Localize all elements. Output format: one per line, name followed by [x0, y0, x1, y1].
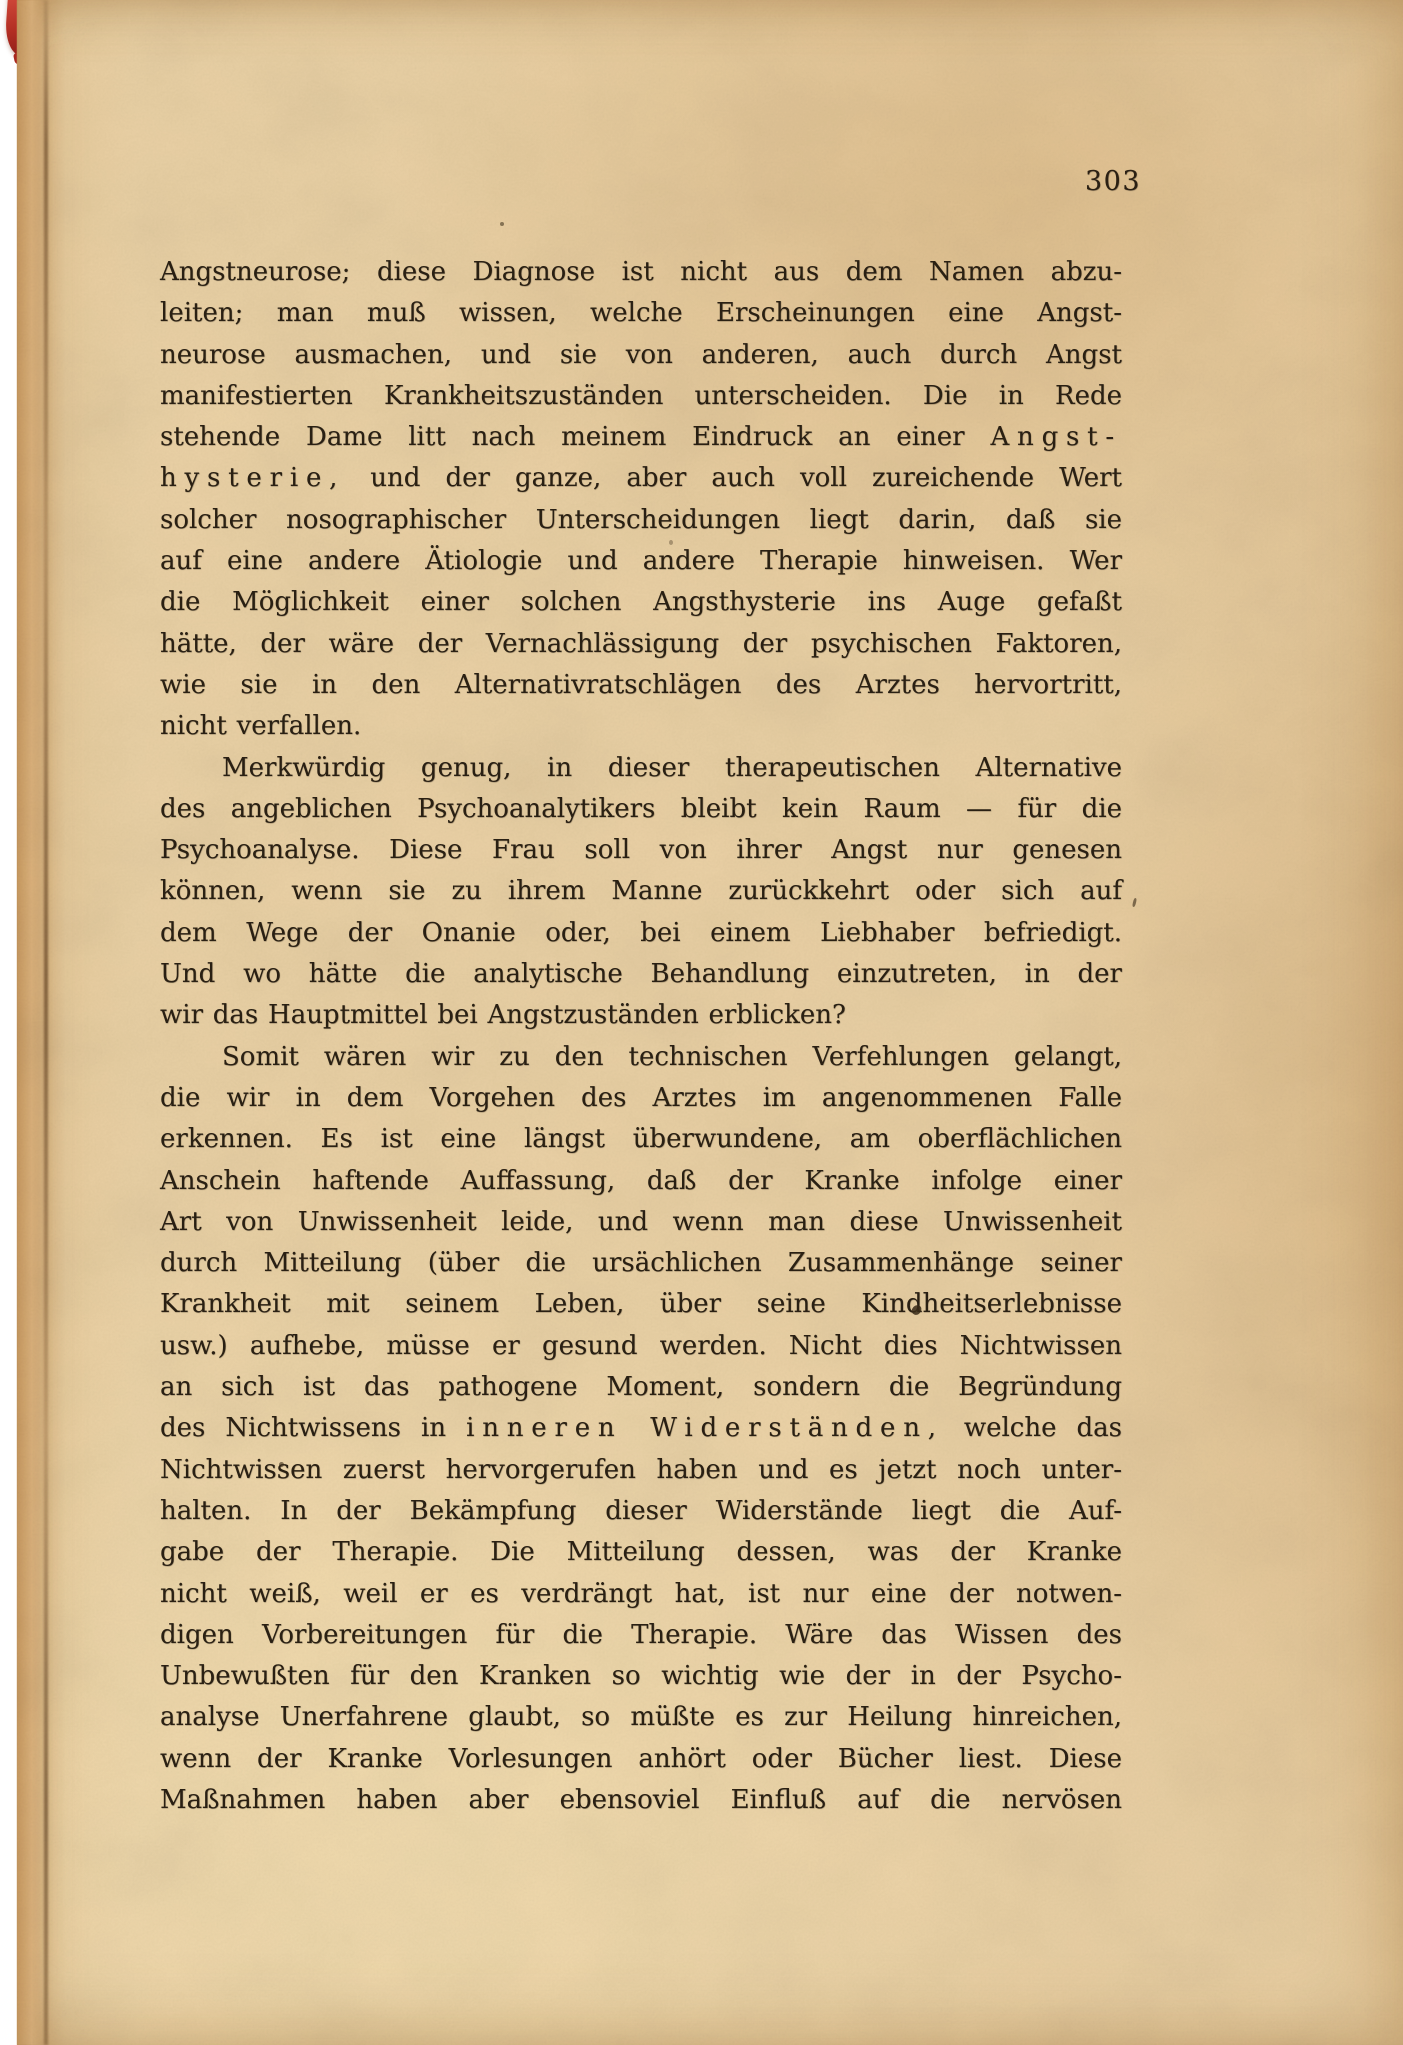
text-line: digen Vorbereitungen für die Therapie. W…: [160, 1615, 1122, 1656]
text-line: hysterie, und der ganze, aber auch voll …: [160, 458, 1122, 499]
emphasized-text: hysterie,: [160, 463, 345, 493]
text-line: durch Mitteilung (über die ursächlichen …: [160, 1243, 1122, 1284]
emphasized-text: Angst-: [990, 422, 1122, 452]
text-segment: stehende Dame litt nach meinem Eindruck …: [160, 422, 990, 452]
text-line: dem Wege der Onanie oder, bei einem Lieb…: [160, 913, 1122, 954]
text-line: usw.) aufhebe, müsse er gesund werden. N…: [160, 1326, 1122, 1367]
text-segment: digen Vorbereitungen für die Therapie. W…: [160, 1620, 1122, 1650]
text-segment: analyse Unerfahrene glaubt, so müßte es …: [160, 1702, 1122, 1732]
text-segment: usw.) aufhebe, müsse er gesund werden. N…: [160, 1331, 1122, 1361]
text-line: Art von Unwissenheit leide, und wenn man…: [160, 1202, 1122, 1243]
text-segment: manifestierten Krankheitszuständen unter…: [160, 381, 1122, 411]
text-segment: durch Mitteilung (über die ursächlichen …: [160, 1248, 1122, 1278]
text-segment: dem Wege der Onanie oder, bei einem Lieb…: [160, 918, 1122, 948]
text-segment: Maßnahmen haben aber ebensoviel Einfluß …: [160, 1785, 1122, 1815]
book-page: 303 Angstneurose; diese Diagnose ist nic…: [17, 0, 1403, 2045]
text-segment: erkennen. Es ist eine längst überwundene…: [160, 1124, 1122, 1154]
text-line: manifestierten Krankheitszuständen unter…: [160, 376, 1122, 417]
text-line: analyse Unerfahrene glaubt, so müßte es …: [160, 1697, 1122, 1738]
text-segment: Nichtwissen zuerst hervorgerufen haben u…: [160, 1455, 1122, 1485]
text-segment: nicht weiß, weil er es verdrängt hat, is…: [160, 1579, 1122, 1609]
text-segment: neurose ausmachen, und sie von anderen, …: [160, 340, 1122, 370]
text-line: leiten; man muß wissen, welche Erscheinu…: [160, 293, 1122, 334]
text-line: Unbewußten für den Kranken so wichtig wi…: [160, 1656, 1122, 1697]
text-line: gabe der Therapie. Die Mitteilung dessen…: [160, 1532, 1122, 1573]
text-segment: wie sie in den Alternativratschlägen des…: [160, 670, 1122, 700]
text-line: neurose ausmachen, und sie von anderen, …: [160, 335, 1122, 376]
text-segment: gabe der Therapie. Die Mitteilung dessen…: [160, 1537, 1122, 1567]
ink-speck: [669, 540, 673, 545]
text-segment: Unbewußten für den Kranken so wichtig wi…: [160, 1661, 1122, 1691]
text-line: die wir in dem Vorgehen des Arztes im an…: [160, 1078, 1122, 1119]
text-segment: und der ganze, aber auch voll zureichend…: [345, 463, 1122, 493]
text-segment: können, wenn sie zu ihrem Manne zurückke…: [160, 876, 1122, 906]
text-line: Merkwürdig genug, in dieser therapeutisc…: [160, 748, 1122, 789]
text-line: können, wenn sie zu ihrem Manne zurückke…: [160, 871, 1122, 912]
text-segment: Und wo hätte die analytische Behandlung …: [160, 959, 1122, 989]
text-segment: nicht verfallen.: [160, 711, 361, 741]
text-segment: solcher nosographischer Unterscheidungen…: [160, 505, 1122, 535]
text-segment: welche das: [944, 1413, 1122, 1443]
ink-speck: [500, 222, 504, 226]
text-segment: des Nichtwissens in: [160, 1413, 466, 1443]
text-line: Maßnahmen haben aber ebensoviel Einfluß …: [160, 1780, 1122, 1821]
text-line: auf eine andere Ätiologie und andere The…: [160, 541, 1122, 582]
text-line: Anschein haftende Auffassung, daß der Kr…: [160, 1161, 1122, 1202]
page-text: Angstneurose; diese Diagnose ist nicht a…: [160, 252, 1122, 1821]
text-line: an sich ist das pathogene Moment, sonder…: [160, 1367, 1122, 1408]
ink-speck: [279, 1462, 284, 1467]
text-line: wie sie in den Alternativratschlägen des…: [160, 665, 1122, 706]
text-line: des angeblichen Psychoanalytikers bleibt…: [160, 789, 1122, 830]
page-edge: [17, 0, 44, 2045]
text-line: des Nichtwissens in inneren Widerständen…: [160, 1408, 1122, 1449]
gutter-crease: [44, 0, 48, 2045]
text-segment: an sich ist das pathogene Moment, sonder…: [160, 1372, 1122, 1402]
text-line: nicht verfallen.: [160, 706, 1122, 747]
text-line: Und wo hätte die analytische Behandlung …: [160, 954, 1122, 995]
text-segment: Merkwürdig genug, in dieser therapeutisc…: [222, 753, 1122, 783]
text-segment: Krankheit mit seinem Leben, über seine K…: [160, 1289, 1122, 1319]
ink-speck: [1132, 898, 1137, 907]
text-segment: des angeblichen Psychoanalytikers bleibt…: [160, 794, 1122, 824]
text-line: hätte, der wäre der Vernachlässigung der…: [160, 624, 1122, 665]
text-segment: wir das Hauptmittel bei Angstzuständen e…: [160, 1000, 846, 1030]
text-segment: Angstneurose; diese Diagnose ist nicht a…: [160, 257, 1122, 287]
text-segment: Somit wären wir zu den technischen Verfe…: [222, 1042, 1122, 1072]
text-segment: Art von Unwissenheit leide, und wenn man…: [160, 1207, 1122, 1237]
text-line: halten. In der Bekämpfung dieser Widerst…: [160, 1491, 1122, 1532]
text-line: solcher nosographischer Unterscheidungen…: [160, 500, 1122, 541]
text-line: stehende Dame litt nach meinem Eindruck …: [160, 417, 1122, 458]
text-segment: hätte, der wäre der Vernachlässigung der…: [160, 629, 1122, 659]
text-line: nicht weiß, weil er es verdrängt hat, is…: [160, 1574, 1122, 1615]
text-segment: halten. In der Bekämpfung dieser Widerst…: [160, 1496, 1122, 1526]
text-segment: wenn der Kranke Vorlesungen anhört oder …: [160, 1744, 1122, 1774]
page-number: 303: [1085, 166, 1141, 197]
text-line: Psychoanalyse. Diese Frau soll von ihrer…: [160, 830, 1122, 871]
text-segment: Anschein haftende Auffassung, daß der Kr…: [160, 1166, 1122, 1196]
text-segment: Psychoanalyse. Diese Frau soll von ihrer…: [160, 835, 1122, 865]
emphasized-text: inneren Widerständen,: [466, 1413, 944, 1443]
text-segment: auf eine andere Ätiologie und andere The…: [160, 546, 1122, 576]
text-segment: die wir in dem Vorgehen des Arztes im an…: [160, 1083, 1122, 1113]
text-segment: die Möglichkeit einer solchen Angsthyste…: [160, 587, 1122, 617]
text-segment: leiten; man muß wissen, welche Erscheinu…: [160, 298, 1122, 328]
text-line: wenn der Kranke Vorlesungen anhört oder …: [160, 1739, 1122, 1780]
text-line: Nichtwissen zuerst hervorgerufen haben u…: [160, 1450, 1122, 1491]
text-line: die Möglichkeit einer solchen Angsthyste…: [160, 582, 1122, 623]
text-line: wir das Hauptmittel bei Angstzuständen e…: [160, 995, 1122, 1036]
text-line: erkennen. Es ist eine längst überwundene…: [160, 1119, 1122, 1160]
scanner-background: 303 Angstneurose; diese Diagnose ist nic…: [0, 0, 1403, 2045]
text-line: Angstneurose; diese Diagnose ist nicht a…: [160, 252, 1122, 293]
text-line: Somit wären wir zu den technischen Verfe…: [160, 1037, 1122, 1078]
text-line: Krankheit mit seinem Leben, über seine K…: [160, 1284, 1122, 1325]
